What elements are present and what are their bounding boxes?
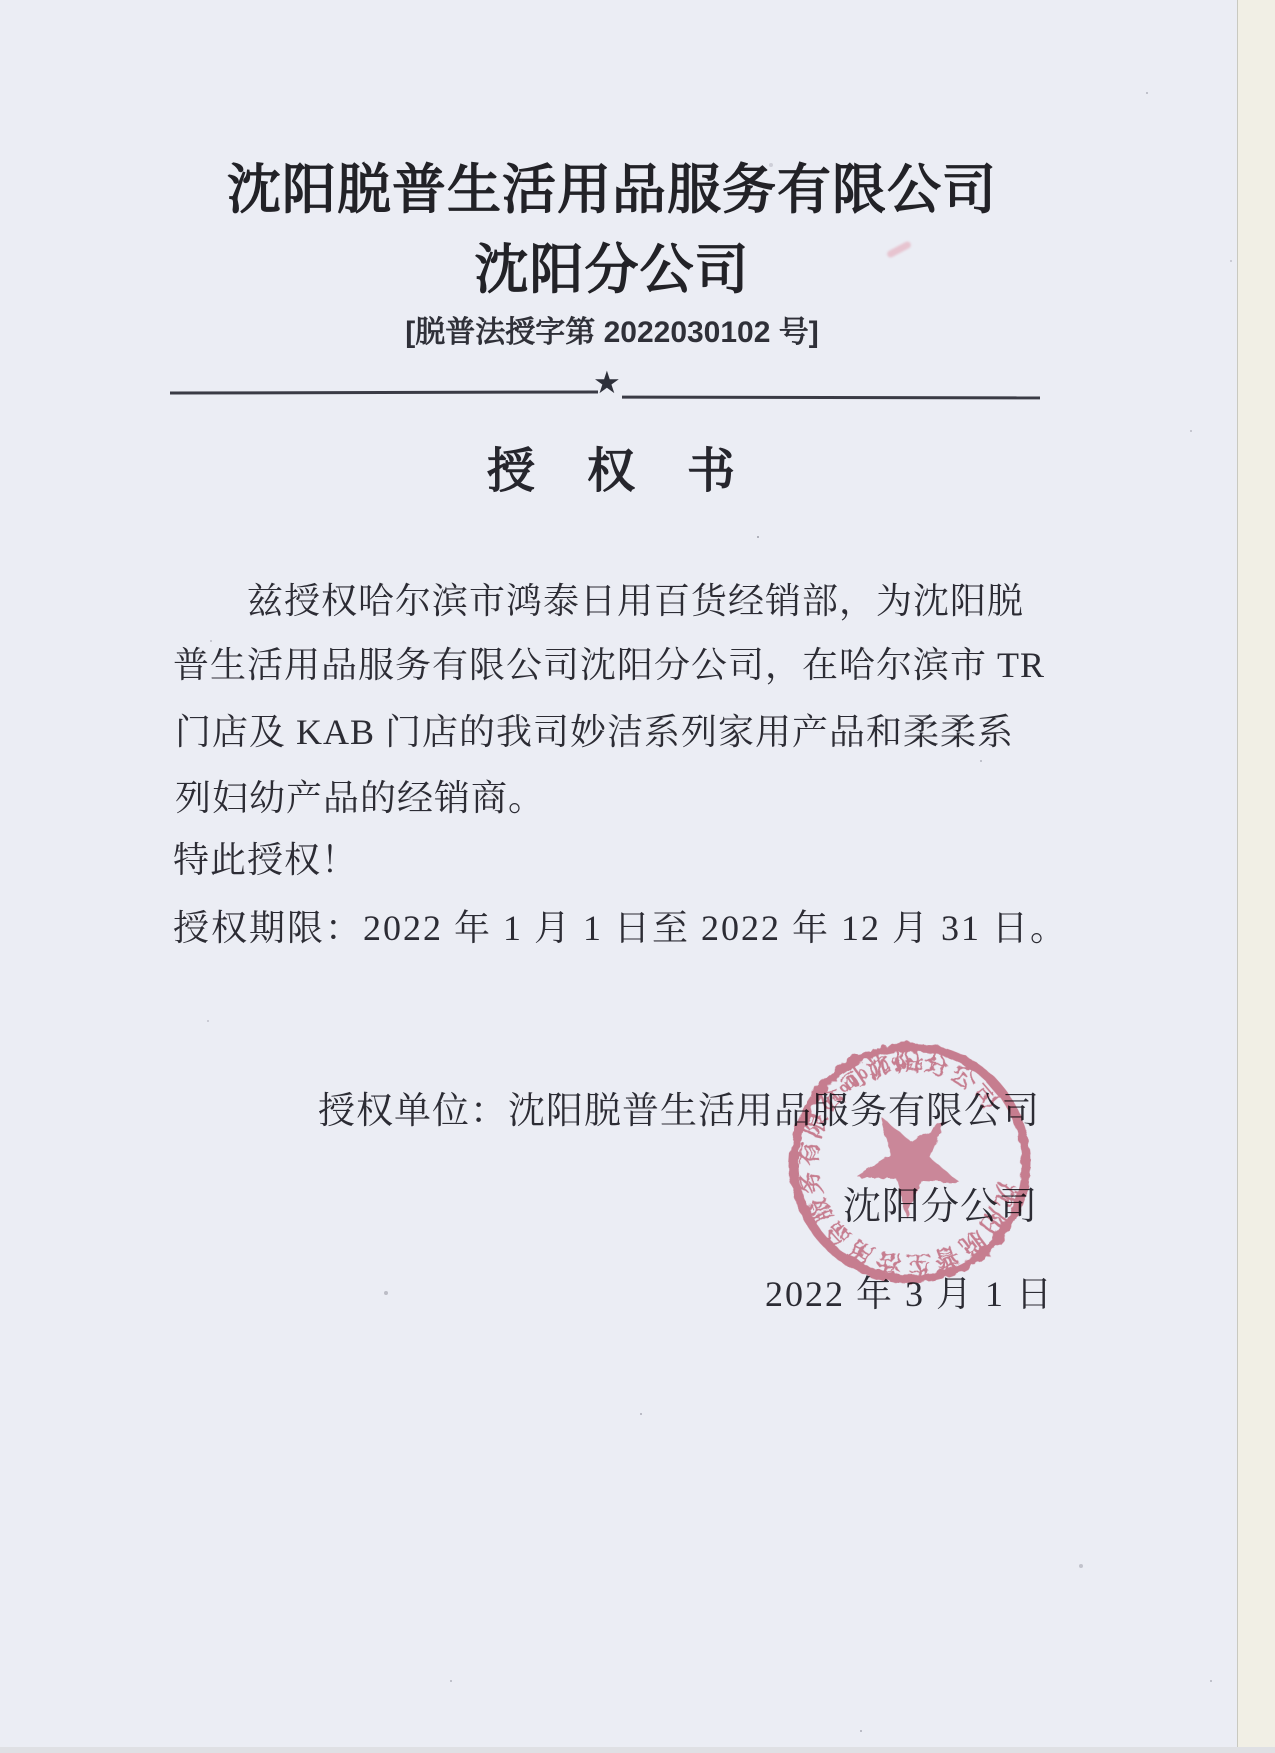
body-line-5: 特此授权！: [173, 842, 358, 880]
divider-line-left: [170, 390, 598, 394]
letterhead: 沈阳脱普生活用品服务有限公司: [0, 163, 1224, 217]
scanner-bed-bottom-edge: [0, 1747, 1275, 1753]
scanner-bed-edge: [1237, 0, 1275, 1753]
reference-number-row: [脱普法授字第 2022030102 号]: [0, 318, 1224, 348]
divider-star-icon: ★: [593, 368, 621, 399]
company-name-line1: 沈阳脱普生活用品服务有限公司: [0, 163, 1224, 217]
body-line-6: 授权期限：2022 年 1 月 1 日至 2022 年 12 月 31 日。: [173, 910, 1068, 948]
letterhead-branch: 沈阳分公司: [0, 243, 1224, 297]
scanned-authorization-letter: 沈阳脱普生活用品服务有限公司 沈阳分公司 [脱普法授字第 2022030102 …: [0, 0, 1275, 1753]
body-line-4: 列妇幼产品的经销商。: [175, 780, 545, 818]
body-line-1: 兹授权哈尔滨市鸿泰日用百货经销部，为沈阳脱: [247, 583, 1024, 621]
doc-title-row: 授 权 书: [0, 448, 1224, 496]
scan-speckles: [757, 536, 759, 538]
divider-line-right: [622, 396, 1040, 400]
reference-number: [脱普法授字第 2022030102 号]: [0, 318, 1224, 348]
body-line-3: 门店及 KAB 门店的我司妙洁系列家用产品和柔柔系: [175, 714, 1014, 752]
seal-star-icon: [854, 1115, 965, 1222]
doc-title: 授 权 书: [0, 448, 1224, 496]
company-name-line2: 沈阳分公司: [0, 243, 1224, 297]
company-seal-stamp: 沈阳脱普生活用品服务有限公司沈阳分公司 15550000010: [780, 1033, 1040, 1293]
body-line-2: 普生活用品服务有限公司沈阳分公司，在哈尔滨市 TR: [173, 647, 1045, 685]
